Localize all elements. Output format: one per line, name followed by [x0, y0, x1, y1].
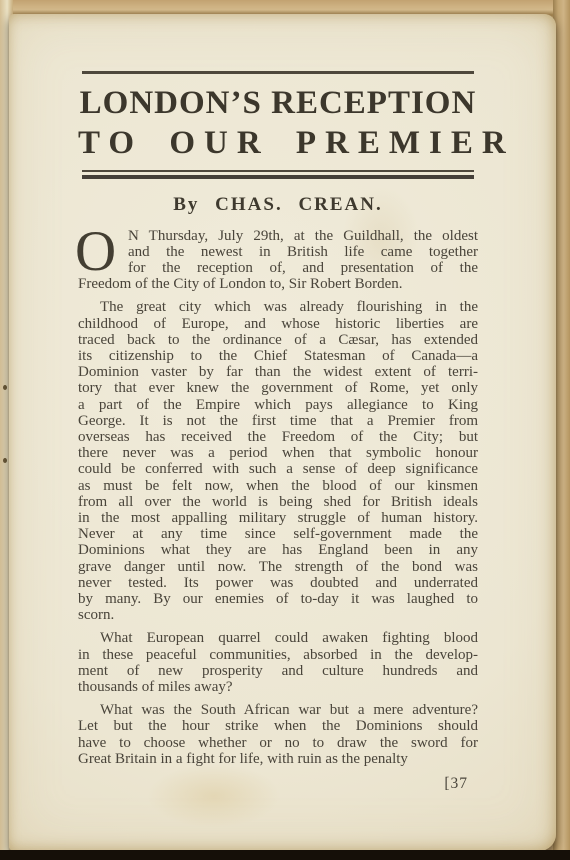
text-line: Great Britain in a fight for life, with … [78, 751, 478, 767]
text-line: overseas has received the Freedom of the… [78, 429, 478, 445]
text-line: have to choose whether or no to draw the… [78, 735, 478, 751]
text-line: traced back to the ordinance of a Cæsar,… [78, 332, 478, 348]
text-line: Never at any time since self-government … [78, 526, 478, 542]
paper-speck [3, 385, 7, 390]
text-line: and the newest in British life came toge… [78, 244, 478, 260]
article-title-line1: LONDON’S RECEPTION [78, 83, 478, 123]
text-line: its citizenship to the Chief Statesman o… [78, 348, 478, 364]
text-line: there never was a period when that symbo… [78, 445, 478, 461]
text-line: grave danger until now. The strength of … [78, 559, 478, 575]
text-line: by many. By our enemies of to-day it was… [78, 591, 478, 607]
text-line: What European quarrel could awaken fight… [78, 630, 478, 646]
paper-speck [3, 458, 7, 463]
drop-cap: O [75, 228, 116, 275]
text-line: from all over the world is being shed fo… [78, 494, 478, 510]
article: LONDON’S RECEPTION TO OUR PREMIER By CHA… [78, 71, 478, 793]
text-line: childhood of Europe, and whose historic … [78, 316, 478, 332]
title-rule-double [82, 170, 474, 179]
text-line: What was the South African war but a mer… [78, 702, 478, 718]
book-page: LONDON’S RECEPTION TO OUR PREMIER By CHA… [9, 14, 556, 851]
text-line: could be conferred with such a sense of … [78, 461, 478, 477]
byline: By CHAS. CREAN. [78, 193, 478, 217]
text-line: The great city which was already flouris… [78, 299, 478, 315]
text-line: in the most appalling military struggle … [78, 510, 478, 526]
article-body: ON Thursday, July 29th, at the Guildhall… [78, 228, 478, 768]
scanned-book-photo: LONDON’S RECEPTION TO OUR PREMIER By CHA… [0, 0, 570, 860]
text-line: tory that ever knew the government of Ro… [78, 380, 478, 396]
paragraph: What was the South African war but a mer… [78, 702, 478, 767]
paragraph: ON Thursday, July 29th, at the Guildhall… [78, 228, 478, 293]
article-title-line2: TO OUR PREMIER [78, 123, 478, 164]
text-line: Dominion vaster by far than the widest e… [78, 364, 478, 380]
paragraph: What European quarrel could awaken fight… [78, 630, 478, 695]
text-line: ment of new prosperity and culture hundr… [78, 663, 478, 679]
text-line: scorn. [78, 607, 478, 623]
title-rule-top [82, 71, 474, 74]
text-line: as must be felt now, when the blood of o… [78, 478, 478, 494]
text-line: a part of the Empire which pays allegian… [78, 397, 478, 413]
paragraph: The great city which was already flouris… [78, 299, 478, 623]
text-line: Let but the hour strike when the Dominio… [78, 718, 478, 734]
text-line: never tested. Its power was doubted and … [78, 575, 478, 591]
text-line: Freedom of the City of London to, Sir Ro… [78, 276, 478, 292]
scan-background-bottom [0, 850, 570, 860]
text-line: in these peaceful communities, absorbed … [78, 647, 478, 663]
text-line: N Thursday, July 29th, at the Guildhall,… [78, 228, 478, 244]
text-line: thousands of miles away? [78, 679, 478, 695]
text-line: George. It is not the first time that a … [78, 413, 478, 429]
page-number: [37 [78, 775, 478, 793]
text-line: for the reception of, and presentation o… [78, 260, 478, 276]
article-title: LONDON’S RECEPTION TO OUR PREMIER [78, 83, 478, 164]
text-line: Dominions what they are has England been… [78, 542, 478, 558]
